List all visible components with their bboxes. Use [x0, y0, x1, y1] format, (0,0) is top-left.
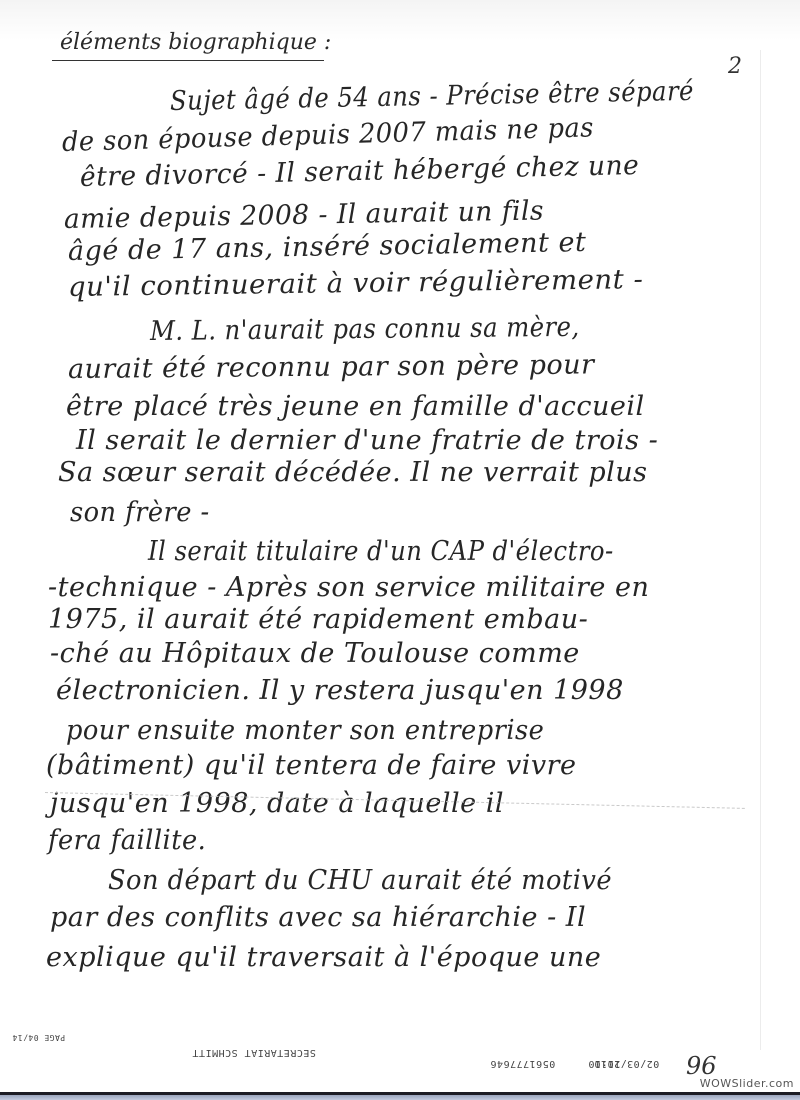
handwritten-line: de son épouse depuis 2007 mais ne pas: [62, 112, 595, 158]
handwritten-line: Sujet âgé de 54 ans - Précise être sépar…: [170, 76, 694, 117]
handwritten-line: 1975, il aurait été rapidement embau-: [48, 604, 588, 635]
page-number: 2: [728, 54, 742, 79]
handwritten-line: électronicien. Il y restera jusqu'en 199…: [56, 675, 624, 706]
handwritten-line: être divorcé - Il serait hébergé chez un…: [80, 150, 640, 193]
heading: éléments biographique :: [60, 30, 331, 55]
handwritten-line: (bâtiment) qu'il tentera de faire vivre: [46, 750, 576, 781]
handwritten-line: être placé très jeune en famille d'accue…: [66, 391, 645, 422]
heading-underline: [52, 60, 324, 61]
fax-phone: 0561777646: [490, 1058, 555, 1069]
handwritten-line: Son départ du CHU aurait été motivé: [108, 865, 612, 896]
handwritten-line: Il serait titulaire d'un CAP d'électro-: [148, 536, 614, 567]
handwritten-line: pour ensuite monter son entreprise: [66, 715, 544, 746]
watermark[interactable]: WOWSlider.com: [698, 1077, 796, 1090]
handwritten-line: fera faillite.: [48, 825, 206, 856]
slider-bottom-bar: [0, 1092, 800, 1100]
fax-page: PAGE 04/14: [12, 1033, 65, 1042]
handwritten-line: par des conflits avec sa hiérarchie - Il: [50, 902, 586, 933]
handwritten-line: qu'il continuerait à voir régulièrement …: [68, 264, 644, 303]
fax-date: 02/03/2010: [594, 1058, 659, 1069]
handwritten-line: M. L. n'aurait pas connu sa mère,: [150, 312, 580, 347]
stamp-number: 96: [686, 1052, 717, 1080]
fax-sender: SECRETARIAT SCHMITT: [192, 1047, 316, 1058]
handwritten-line: explique qu'il traversait à l'époque une: [46, 942, 601, 973]
handwritten-line: Il serait le dernier d'une fratrie de tr…: [76, 425, 658, 456]
handwritten-line: son frère -: [70, 497, 210, 528]
handwritten-line: jusqu'en 1998, date à laquelle il: [50, 788, 504, 819]
handwritten-line: aurait été reconnu par son père pour: [68, 349, 595, 385]
handwritten-line: Sa sœur serait décédée. Il ne verrait pl…: [58, 457, 648, 488]
scan-edge-line: [760, 50, 761, 1050]
handwritten-line: -ché au Hôpitaux de Toulouse comme: [50, 638, 580, 669]
handwritten-line: -technique - Après son service militaire…: [48, 572, 649, 603]
